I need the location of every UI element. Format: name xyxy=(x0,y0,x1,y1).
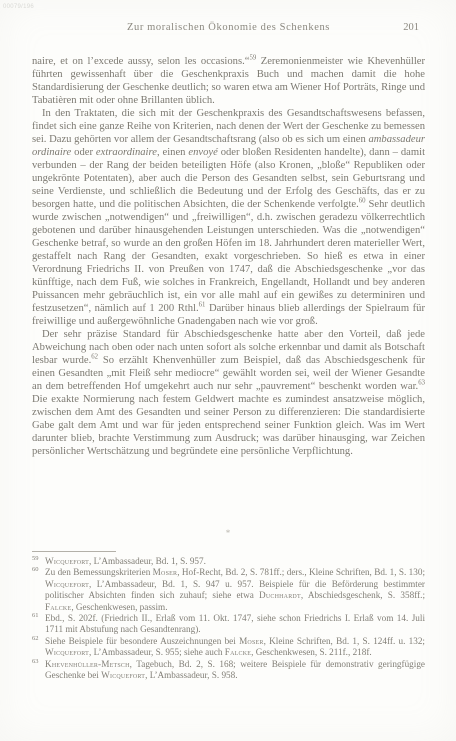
footnote-reference: 63 xyxy=(418,379,425,386)
italic-text: extraordinaire xyxy=(96,147,157,158)
text-run: , Kleine Schriften, Bd. 1, S. 124ff. u. … xyxy=(264,636,425,646)
paragraph: In den Traktaten, die sich mit der Gesch… xyxy=(32,107,425,328)
italic-text: envoyé xyxy=(188,147,217,158)
paragraph: naire, et on l’excede aussy, selon les o… xyxy=(32,55,425,107)
text-run: Ebd., S. 202f. (Friedrich II., Erlaß vom… xyxy=(45,613,425,634)
text-run: In den Traktaten, die sich mit der Gesch… xyxy=(32,108,425,145)
footnote: 59Wicquefort, L’Ambassadeur, Bd. 1, S. 9… xyxy=(32,556,425,567)
smallcaps-name: Moser xyxy=(239,636,264,646)
footnotes: 59Wicquefort, L’Ambassadeur, Bd. 1, S. 9… xyxy=(32,556,425,681)
paragraph: Der sehr präzise Standard für Abschiedsg… xyxy=(32,328,425,458)
page-header: Zur moralischen Ökonomie des Schenkens 2… xyxy=(32,22,425,36)
running-title: Zur moralischen Ökonomie des Schenkens xyxy=(32,22,425,33)
smallcaps-name: Falcke xyxy=(45,602,71,612)
footnote: 63Khevenhüller-Metsch, Tagebuch, Bd. 2, … xyxy=(32,659,425,682)
text-run: , Geschenkwesen, S. 211f., 218f. xyxy=(251,647,372,657)
smallcaps-name: Wicquefort xyxy=(45,647,89,657)
page-number: 201 xyxy=(403,22,419,33)
text-run: , Hof-Recht, Bd. 2, S. 781ff.; ders., Kl… xyxy=(177,567,425,577)
text-run: , L’Ambassadeur, S. 955; siehe auch xyxy=(89,647,225,657)
text-run: oder xyxy=(71,147,96,158)
smallcaps-name: Moser xyxy=(153,567,178,577)
footnote-reference: 60 xyxy=(359,197,366,204)
text-run: , L’Ambassadeur, S. 958. xyxy=(145,670,237,680)
footnote: 61Ebd., S. 202f. (Friedrich II., Erlaß v… xyxy=(32,613,425,636)
text-run: Zu den Bemessungskriterien xyxy=(45,567,153,577)
body-text: naire, et on l’excede aussy, selon les o… xyxy=(32,55,425,458)
smallcaps-name: Falcke xyxy=(225,647,251,657)
text-run: , Geschenkwesen, passim. xyxy=(71,602,167,612)
text-run: , Abschiedsgeschenk, S. 358ff.; xyxy=(301,590,425,600)
section-divider: * xyxy=(0,528,456,538)
text-run: Siehe Beispiele für besondere Auszeichnu… xyxy=(45,636,239,646)
footnote: 60Zu den Bemessungskriterien Moser, Hof-… xyxy=(32,567,425,613)
smallcaps-name: Wicquefort xyxy=(101,670,145,680)
footnote-separator xyxy=(32,551,116,552)
text-run: Sehr deutlich wurde zwischen „notwendige… xyxy=(32,199,425,314)
book-page: 00079/196 Zur moralischen Ökonomie des S… xyxy=(0,0,456,741)
text-run: naire, et on l’excede aussy, selon les o… xyxy=(32,56,249,67)
smallcaps-name: Duchhardt xyxy=(259,590,301,600)
smallcaps-name: Wicquefort xyxy=(45,556,89,566)
text-run: , L’Ambassadeur, Bd. 1, S. 957. xyxy=(89,556,206,566)
smallcaps-name: Khevenhüller-Metsch xyxy=(45,659,130,669)
scan-watermark: 00079/196 xyxy=(3,4,34,10)
footnote: 62Siehe Beispiele für besondere Auszeich… xyxy=(32,636,425,659)
text-run: Die exakte Normierung nach festem Geldwe… xyxy=(32,394,425,457)
text-run: , einen xyxy=(157,147,188,158)
smallcaps-name: Wicquefort xyxy=(45,579,89,589)
